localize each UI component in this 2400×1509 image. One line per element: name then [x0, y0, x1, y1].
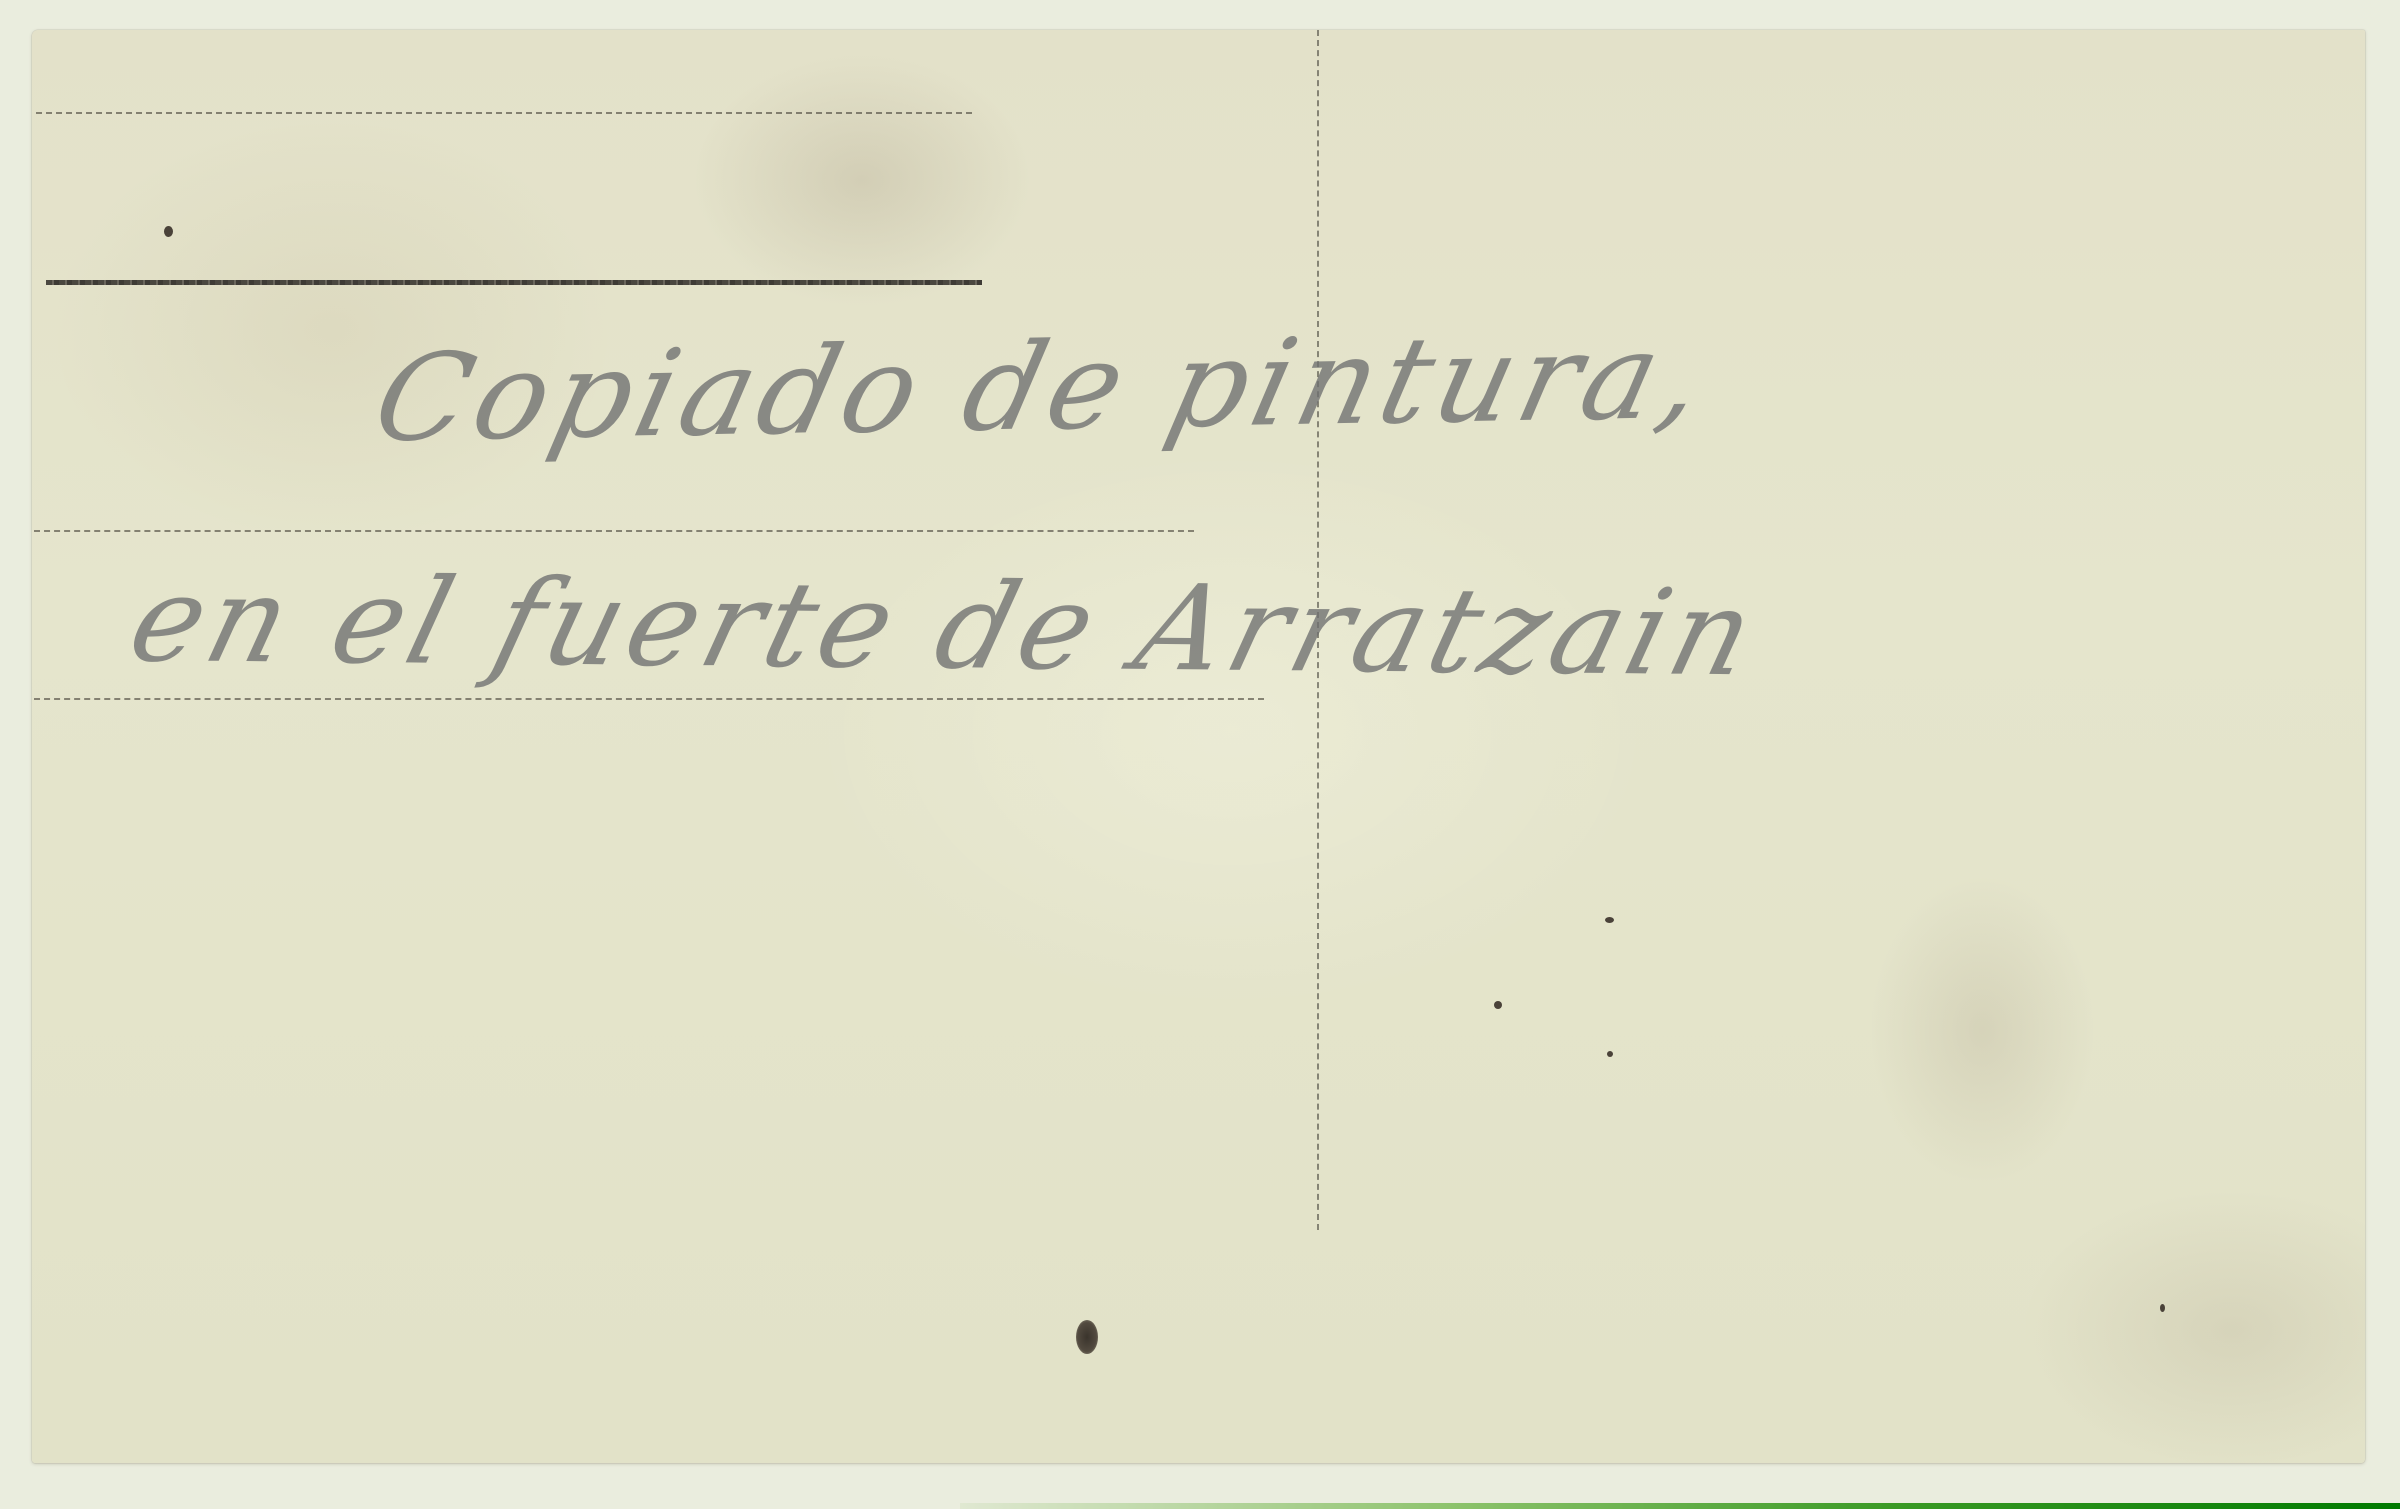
ink-speck [164, 226, 173, 237]
printed-dotted-line-lower [34, 698, 1264, 700]
printed-dotted-line-top [36, 112, 972, 114]
ink-speck [1605, 917, 1614, 923]
scan-viewer: Copiado de pintura, en el fuerte de Arra… [0, 0, 2400, 1509]
printed-solid-divider [46, 280, 982, 285]
pin-hole [1076, 1320, 1098, 1354]
handwritten-line-1: Copiado de pintura, [362, 307, 1723, 469]
printed-dotted-line-middle [34, 530, 1194, 532]
ink-speck [2160, 1304, 2165, 1312]
loading-progress-bar [960, 1503, 2400, 1509]
progress-fill [960, 1503, 2400, 1509]
handwritten-line-2: en el fuerte de Arratzain [117, 550, 1773, 702]
postcard-back: Copiado de pintura, en el fuerte de Arra… [32, 30, 2365, 1463]
ink-speck [1494, 1001, 1502, 1009]
ink-speck [1607, 1051, 1613, 1057]
